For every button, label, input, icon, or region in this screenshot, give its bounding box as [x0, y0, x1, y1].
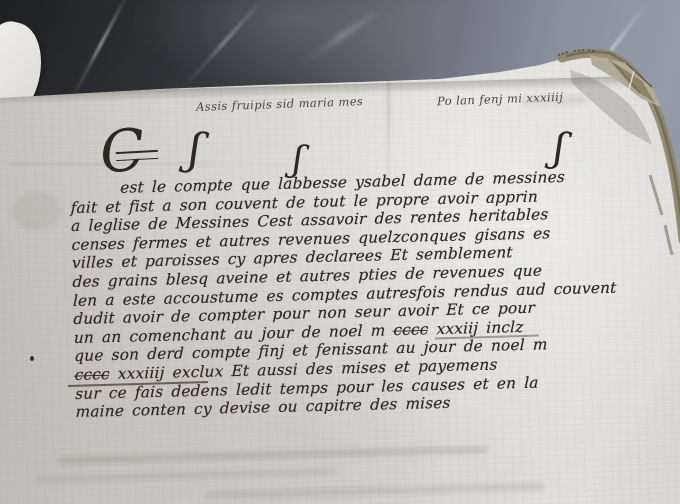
photo-of-manuscript: Assis fruipis sid maria mes Po lan fenj … [0, 0, 680, 504]
ink-speck [30, 356, 34, 361]
verso-show-through [58, 445, 488, 464]
verso-show-through [36, 468, 336, 483]
plastic-sheen [130, 0, 460, 90]
margin-show-through [12, 191, 63, 230]
ascender-flourish: ʃ [187, 127, 203, 172]
torn-corner [530, 25, 680, 295]
plastic-crease [67, 0, 128, 106]
paper-crease [10, 163, 310, 165]
verso-show-through [205, 483, 545, 500]
initial-crossbar [116, 150, 158, 161]
